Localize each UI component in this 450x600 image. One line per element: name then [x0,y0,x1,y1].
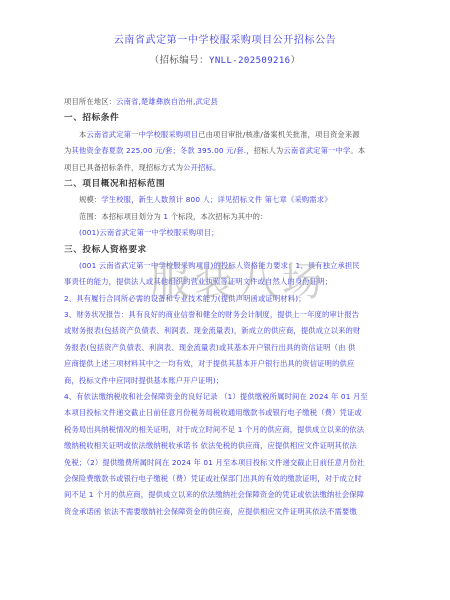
document-page: 云南省武定第一中学校服采购项目公开招标公告 （招标编号：YNLL-2025092… [0,0,450,600]
bid-conditions-line-3: 项目已具备招标条件，现招标方式为公开招标。 [64,160,394,176]
page-title: 云南省武定第一中学校服采购项目公开招标公告 [0,31,450,46]
bid-method: 公开招标 [183,163,213,172]
text-fragment: 。本 [350,146,365,155]
project-scale: 规模：学生校服，新生人数预计 800 人；详见招标文件 第七章《采购需求》 [64,192,394,208]
text-fragment: 个标段，本次招标为其中的： [171,212,268,221]
bid-number-prefix: （招标编号： [150,55,209,66]
qualification-line: 务报表(包括资产负债表、利润表、现金流量表)或其基本开户银行出具的资信证明（由 … [64,340,394,356]
qualification-line: 2、具有履行合同所必需的设备和专业技术能力(提供声明函或证明材料)； [64,291,394,307]
project-range: 范围：本招标项目划分为 1 个标段，本次招标为其中的： [64,209,394,225]
scale-label: 规模： [79,195,101,204]
tenderer-name: 云南省武定第一中学 [283,146,350,155]
qualification-line: 事责任的能力，提供法人或其他组织的营业执照等证明文件或自然人的身份证明； [64,274,394,290]
text-fragment: 。 [213,163,220,172]
scale-value: 学生校服，新生人数预计 800 人；详见招标文件 第七章《采购需求》 [101,195,331,204]
bid-conditions-line-2: 为其他资金春夏款 225.00 元/套；冬款 395.00 元/套.，招标人为云… [64,143,394,159]
qualification-line: 资金承诺函 依法不需要缴纳社会保障资金的供应商，应提供相应文件证明其依法不需要缴 [64,504,394,520]
section-heading-bid-conditions: 一、招标条件 [64,110,394,126]
bid-number: YNLL-202509216 [209,56,290,66]
bid-number-suffix: ） [290,55,300,66]
qualification-line: 免税；（2）提供缴费所属时间在 2024 年 01 月至本项目投标文件递交截止日… [64,455,394,471]
document-body: 项目所在地区：云南省,楚雄彝族自治州,武定县 一、招标条件 本云南省武定第一中学… [64,94,394,520]
project-name: 云南省武定第一中学校服采购项目 [86,130,198,139]
qualification-line: 缴纳税收相关证明或依法缴纳税收承诺书 依法免税的供应商，应提供相应文件证明其依法 [64,438,394,454]
qualification-line: 或财务报表(包括资产负债表、利润表、现金流量表)，新成立的供应商，提供成立以来的… [64,323,394,339]
section-heading-qualifications: 三、投标人资格要求 [64,242,394,258]
qualification-line: 税务局出具纳税情况的相关证明，对于成立时间不足 1 个月的供应商，提供成立以来的… [64,422,394,438]
fund-source: 其他资金春夏款 225.00 元/套；冬款 395.00 元/套. [71,146,246,155]
qualification-line: 会保险费缴款书或银行电子缴税（费）凭证或社保部门出具的有效的缴款证明，对于成立时 [64,471,394,487]
location-label: 项目所在地区： [64,97,116,106]
text-fragment: ，招标人为 [246,146,283,155]
lot-item: (001)云南省武定第一中学校服采购项目； [64,225,394,241]
section-heading-project-overview: 二、项目概况和招标范围 [64,176,394,192]
qualification-line: 3、财务状况报告：具有良好的商业信誉和健全的财务会计制度，提供上一年度的审计报告 [64,307,394,323]
qualification-line: 应商提供上述三项材料其中之一均有效，对于提供其基本开户银行出具的资信证明的供应 [64,356,394,372]
lot-count: 1 [163,212,168,221]
qualification-line: 间不足 1 个月的供应商，提供成立以来的依法缴纳社会保障资金的凭证或依法缴纳社会… [64,487,394,503]
text-fragment: 项目已具备招标条件，现招标方式为 [64,163,183,172]
location-value: 云南省,楚雄彝族自治州,武定县 [116,97,218,106]
qualification-line: 本项目投标文件递交截止日前任意月份税务局税收通用缴款书或银行电子缴税（费）凭证或 [64,405,394,421]
qualification-line: 商，投标文件中应同时提供基本账户开户证明)； [64,373,394,389]
bid-number-line: （招标编号：YNLL-202509216） [0,52,450,66]
text-fragment: 范围：本招标项目划分为 [79,212,161,221]
qualification-line: (001 云南省武定第一中学校服采购项目)的投标人资格能力要求：1、具有独立承担… [64,258,394,274]
text-fragment: 已由项目审批/核准/备案机关批准，项目资金来源 [198,130,360,139]
qualification-line: 4、有依法缴纳税收和社会保障资金的良好记录 （1）提供缴税所属时间在 2024 … [64,389,394,405]
bid-conditions-line-1: 本云南省武定第一中学校服采购项目已由项目审批/核准/备案机关批准，项目资金来源 [64,127,394,143]
project-location: 项目所在地区：云南省,楚雄彝族自治州,武定县 [64,94,394,110]
